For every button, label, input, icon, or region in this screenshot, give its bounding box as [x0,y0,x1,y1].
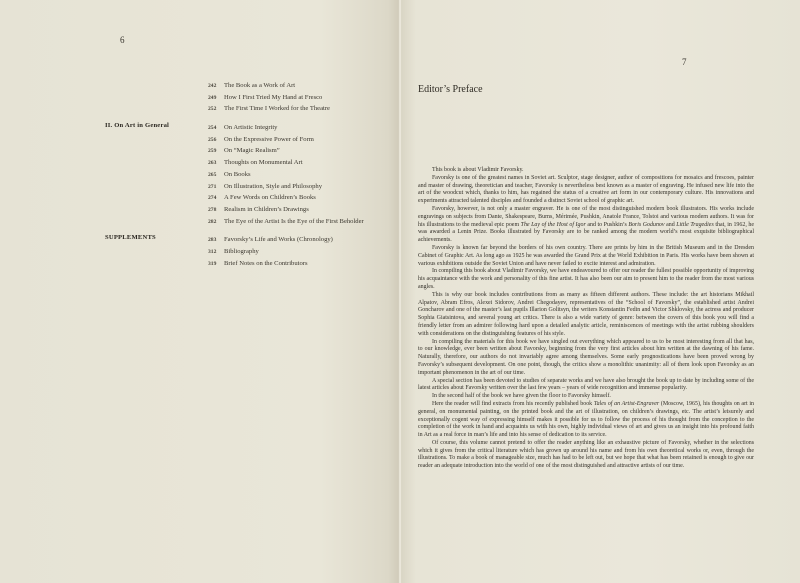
preface-paragraph: This is why our book includes contributi… [418,292,754,339]
toc-entry: 242The Book as a Work of Art [208,80,400,92]
toc-entry-title: A Few Words on Children’s Books [224,194,316,201]
table-of-contents: 242The Book as a Work of Art249How I Fir… [0,80,400,276]
toc-entry: 256On the Expressive Power of Form [208,134,400,146]
preface-paragraph: This book is about Vladimir Favorsky. [418,167,754,175]
toc-entry-title: How I First Tried My Hand at Fresco [224,94,322,101]
preface-paragraph: Favorsky is known far beyond the borders… [418,245,754,268]
preface-paragraph: Of course, this volume cannot pretend to… [418,440,754,471]
toc-section-heading: II. On Art in General [105,122,169,129]
preface-paragraph: In compiling this book about Vladimir Fa… [418,268,754,291]
toc-section-heading: SUPPLEMENTS [105,234,156,241]
preface-paragraph: Here the reader will find extracts from … [418,401,754,440]
toc-entry-page: 265 [208,170,224,182]
toc-entry: 265On Books [208,169,400,181]
book-gutter [398,0,402,583]
preface-paragraph: In compiling the materials for this book… [418,339,754,378]
toc-section: SUPPLEMENTS283Favorsky’s Life and Works … [0,234,400,269]
preface-paragraph: A special section has been devoted to st… [418,378,754,394]
toc-entry: 274A Few Words on Children’s Books [208,192,400,204]
toc-entry-title: Favorsky’s Life and Works (Chronology) [224,236,333,243]
toc-entry-title: On “Magic Realism” [224,147,280,154]
toc-entry: 319Brief Notes on the Contributors [208,258,400,270]
toc-entry: 263Thoughts on Monumental Art [208,157,400,169]
toc-entry: 283Favorsky’s Life and Works (Chronology… [208,234,400,246]
editors-preface: Editor’s Preface This book is about Vlad… [418,84,754,471]
toc-entry: 252The First Time I Worked for the Theat… [208,103,400,115]
page-number-left: 6 [120,35,125,45]
book-spread: 6 242The Book as a Work of Art249How I F… [0,0,800,583]
toc-entry: 259On “Magic Realism” [208,145,400,157]
toc-section: 242The Book as a Work of Art249How I Fir… [0,80,400,115]
toc-entry-title: Bibliography [224,248,259,255]
toc-entry: 254On Artistic Integrity [208,122,400,134]
toc-entry-page: 252 [208,104,224,116]
toc-entry-page: 242 [208,81,224,93]
preface-paragraph: Favorsky, however, is not only a master … [418,206,754,245]
toc-entry-title: The Eye of the Artist Is the Eye of the … [224,218,364,225]
toc-entry-title: Realism in Children’s Drawings [224,206,309,213]
toc-section: II. On Art in General254On Artistic Inte… [0,122,400,227]
toc-entry: 271On Illustration, Style and Philosophy [208,181,400,193]
toc-entry-title: On the Expressive Power of Form [224,136,314,143]
toc-entry: 249How I First Tried My Hand at Fresco [208,92,400,104]
left-page: 6 242The Book as a Work of Art249How I F… [0,0,400,583]
toc-entry-page: 319 [208,259,224,271]
preface-paragraph: In the second half of the book we have g… [418,393,754,401]
toc-entry-title: On Books [224,171,251,178]
toc-entry-title: Thoughts on Monumental Art [224,159,303,166]
toc-entry: 282The Eye of the Artist Is the Eye of t… [208,216,400,228]
toc-entry-title: The First Time I Worked for the Theatre [224,105,330,112]
toc-entry-title: On Artistic Integrity [224,124,277,131]
toc-entry-page: 282 [208,217,224,229]
toc-entry-title: The Book as a Work of Art [224,82,295,89]
toc-entry: 278Realism in Children’s Drawings [208,204,400,216]
toc-entry-title: On Illustration, Style and Philosophy [224,183,322,190]
toc-entry: 312Bibliography [208,246,400,258]
toc-entry-page: 312 [208,247,224,259]
page-number-right: 7 [682,57,687,67]
toc-entry-title: Brief Notes on the Contributors [224,260,308,267]
preface-paragraph: Favorsky is one of the greatest names in… [418,175,754,206]
preface-body: This book is about Vladimir Favorsky.Fav… [418,167,754,471]
toc-entry-page: 278 [208,205,224,217]
preface-title: Editor’s Preface [418,84,754,95]
